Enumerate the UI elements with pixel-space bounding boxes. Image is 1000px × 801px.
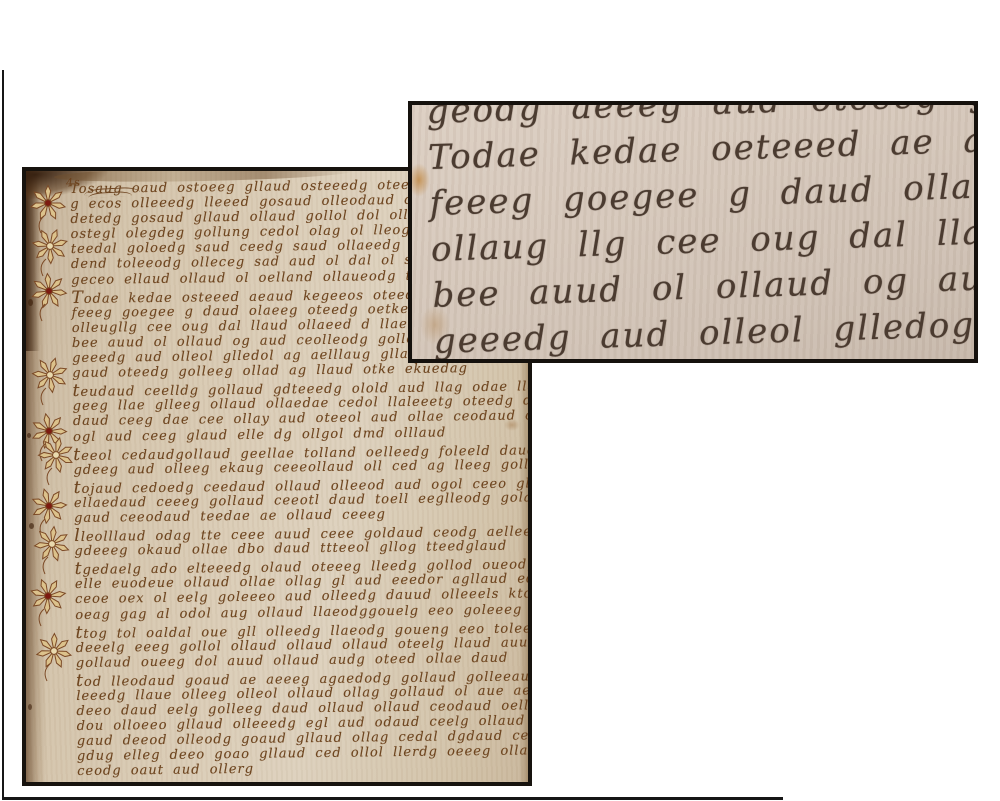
margin-star-icon: [36, 435, 76, 487]
margin-star-icon: [29, 271, 69, 323]
inset-stain: [408, 163, 430, 197]
margin-star-icon: [28, 576, 68, 628]
margin-star-icon: [32, 524, 72, 576]
magnified-detail-inset: geodg aeeeg aud oteeeg gaudTodae kedae o…: [408, 101, 978, 363]
margin-star-icon: [34, 631, 74, 683]
margin-star-icon: [30, 355, 70, 407]
figure-canvas: 4s Tosaug oaud ostoeeg gllaud osteeedg o…: [0, 0, 1000, 801]
inset-text: geodg aeeeg aud oteeeg gaudTodae kedae o…: [426, 101, 978, 363]
